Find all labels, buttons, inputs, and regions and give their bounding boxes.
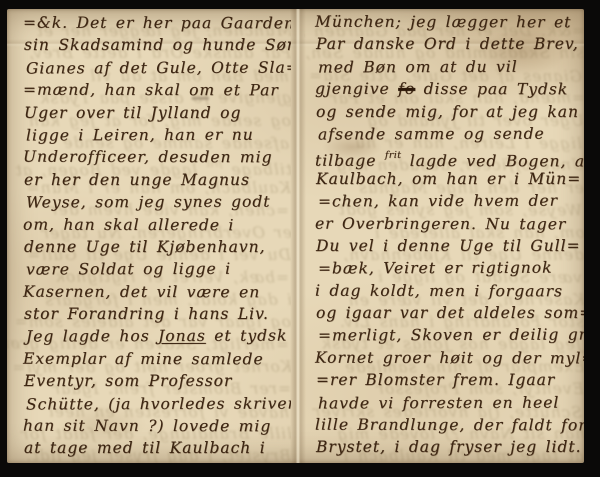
handwriting-line: og sende mig, for at jeg kan (316, 101, 584, 123)
handwriting-line: Schütte, (ja hvorledes skriver (26, 392, 291, 415)
handwriting-line: München; jeg lægger her et (315, 11, 583, 34)
text-segment: lagde ved Bogen, at (401, 152, 584, 170)
underlined-word: Jonas (158, 327, 206, 345)
handwriting-line: =rer Blomster frem. Igaar (316, 369, 584, 391)
scan-background: München; jeg lægger her etPar danske Ord… (0, 0, 600, 477)
page-right: =&k. Det er her paa Gaarden Eisin Skadsa… (304, 9, 584, 463)
text-segment: Jeg lagde hos (26, 327, 158, 345)
text-segment: disse paa Tydsk (415, 80, 568, 98)
handwriting-line: =&k. Det er her paa Gaarden Ei (23, 12, 290, 35)
text-segment: gjengive (315, 80, 398, 98)
handwriting-line: er Overbringeren. Nu tager (315, 212, 583, 235)
handwriting-line: denne Uge til Kjøbenhavn, (24, 236, 291, 258)
handwriting-line: Par danske Ord i dette Brev, (316, 33, 584, 55)
struck-through-word: fo (398, 80, 415, 98)
handwriting-line: i dag koldt, men i forgaars (315, 279, 583, 302)
handwriting-line: at tage med til Kaulbach i (24, 437, 291, 459)
handwriting-line: Underofficeer, desuden mig (23, 146, 290, 169)
handwriting-line: =chen, kan vide hvem der (318, 190, 584, 213)
handwriting-line: =merligt, Skoven er deilig grøn (318, 324, 584, 347)
handwriting-line: med Bøn om at du vil (318, 55, 584, 78)
handwriting-line: om, han skal allerede i (23, 213, 290, 236)
handwriting-line: =mænd, han skal om et Par (23, 79, 290, 102)
handwriting-line: Eventyr, som Professor (24, 370, 291, 392)
handwriting-line: =bæk, Veiret er rigtignok (318, 257, 584, 280)
handwriting-line: Du vel i denne Uge til Gull= (316, 235, 584, 257)
handwriting-line: sin Skadsamind og hunde Søn, (24, 34, 291, 56)
handwriting-line: Kornet groer høit og der myl= (315, 347, 583, 370)
handwriting-line: Exemplar af mine samlede (23, 348, 290, 371)
handwriting-line: være Soldat og ligge i (26, 258, 291, 281)
handwriting-line: er her den unge Magnus (24, 169, 291, 191)
inserted-word-above-line: frit (385, 150, 402, 161)
handwriting-line: han sit Navn ?) lovede mig (23, 415, 290, 438)
page-left-text: =&k. Det er her paa Gaarden Eisin Skadsa… (7, 9, 291, 463)
handwriting-line: ligge i Leiren, han er nu (26, 123, 291, 146)
handwriting-line: afsende samme og sende (318, 122, 584, 145)
handwriting-line: Kaulbach, om han er i Mün= (316, 168, 584, 190)
handwriting-line: Brystet, i dag fryser jeg lidt. (316, 436, 584, 458)
handwriting-line: og igaar var det aldeles som= (316, 302, 584, 324)
handwriting-line: Weyse, som jeg synes godt (26, 191, 291, 214)
handwriting-line: gjengive fo disse paa Tydsk (315, 78, 583, 101)
handwriting-line: lille Brandlunge, der faldt for (315, 414, 583, 437)
handwriting-line: Kasernen, det vil være en (23, 280, 290, 303)
text-segment: et tydsk (206, 327, 288, 345)
handwriting-line: stor Forandring i hans Liv. (24, 303, 291, 325)
handwriting-line: Uger over til Jylland og (24, 102, 291, 124)
page-left: München; jeg lægger her etPar danske Ord… (7, 9, 291, 463)
handwriting-line: Gianes af det Gule, Otte Sla= (26, 56, 291, 79)
page-right-text: München; jeg lægger her etPar danske Ord… (304, 9, 584, 463)
handwriting-line: havde vi forresten en heel (318, 391, 584, 414)
handwriting-line: Jeg lagde hos Jonas et tydsk (26, 325, 291, 348)
handwriting-line: tilbage frit lagde ved Bogen, at (315, 145, 583, 168)
text-segment: tilbage (315, 152, 385, 170)
letter-paper: München; jeg lægger her etPar danske Ord… (7, 9, 584, 463)
